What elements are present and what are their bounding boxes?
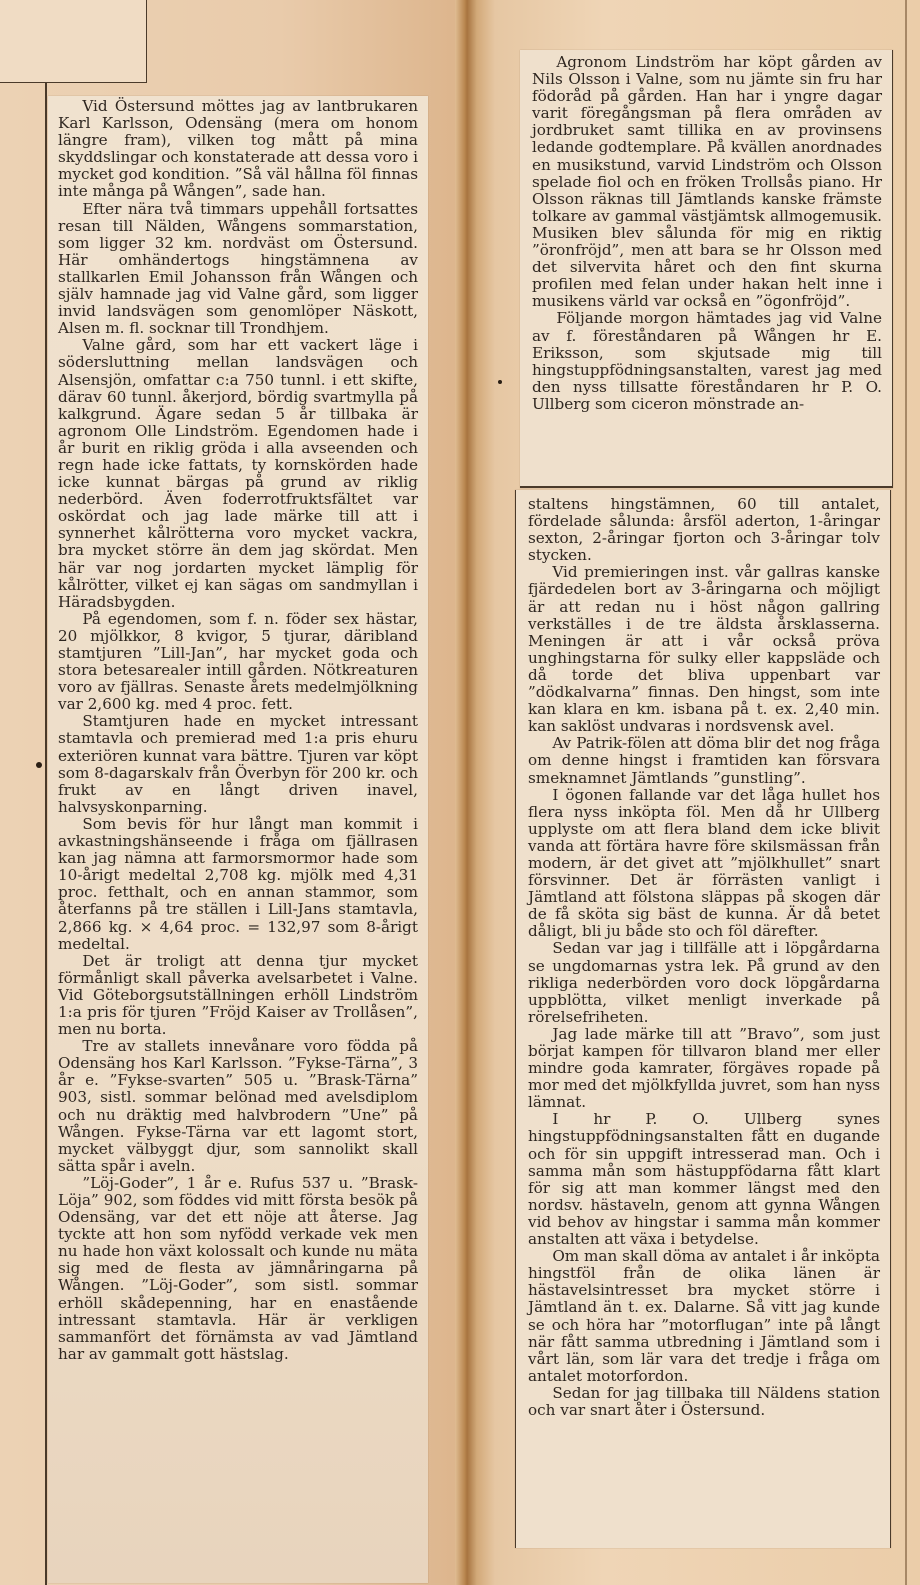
column-rule-right-edge [905, 0, 907, 1585]
column-rule-left [45, 82, 47, 1585]
paragraph: Stamtjuren hade en mycket intressant sta… [58, 713, 418, 816]
paragraph: Valne gård, som har ett vackert läge i s… [58, 337, 418, 611]
paragraph: Sedan var jag i tillfälle att i löpgårda… [528, 940, 880, 1025]
paragraph: Om man skall döma av antalet i år inköpt… [528, 1248, 880, 1385]
paragraph: Vid premieringen inst. vår gallras kansk… [528, 564, 880, 735]
clipping-right-top: Agronom Lindström har köpt gården av Nil… [520, 50, 893, 488]
paragraph: Efter nära två timmars uppehåll fortsatt… [58, 201, 418, 338]
paragraph-continuation: staltens hingstämnen, 60 till antalet, f… [528, 496, 880, 564]
clipping-right-bottom: staltens hingstämnen, 60 till antalet, f… [515, 490, 891, 1548]
paragraph: På egendomen, som f. n. föder sex hästar… [58, 611, 418, 714]
paragraph: Tre av stallets innevånare voro födda på… [58, 1038, 418, 1175]
previous-clipping-corner [0, 0, 147, 83]
ink-spot [36, 762, 42, 768]
paragraph: Jag lade märke till att ”Bravo”, som jus… [528, 1026, 880, 1111]
paragraph: Agronom Lindström har köpt gården av Nil… [532, 54, 882, 310]
paragraph: Av Patrik-fölen att döma blir det nog fr… [528, 735, 880, 786]
paragraph: Sedan for jag tillbaka till Näldens stat… [528, 1385, 880, 1419]
paragraph: I ögonen fallande var det låga hullet ho… [528, 787, 880, 941]
paragraph: Som bevis för hur långt man kommit i avk… [58, 816, 418, 953]
ink-spot [498, 380, 502, 384]
paragraph: ”Löj-Goder”, 1 år e. Rufus 537 u. ”Brask… [58, 1175, 418, 1363]
clipping-left-column: Vid Östersund möttes jag av lantbrukaren… [48, 96, 428, 1583]
paragraph: Följande morgon hämtades jag vid Valne a… [532, 310, 882, 413]
paragraph: Det är troligt att denna tjur mycket för… [58, 953, 418, 1038]
paragraph: I hr P. O. Ullberg synes hingstuppfödnin… [528, 1111, 880, 1248]
book-spine [455, 0, 477, 1585]
paragraph: Vid Östersund möttes jag av lantbrukaren… [58, 98, 418, 201]
